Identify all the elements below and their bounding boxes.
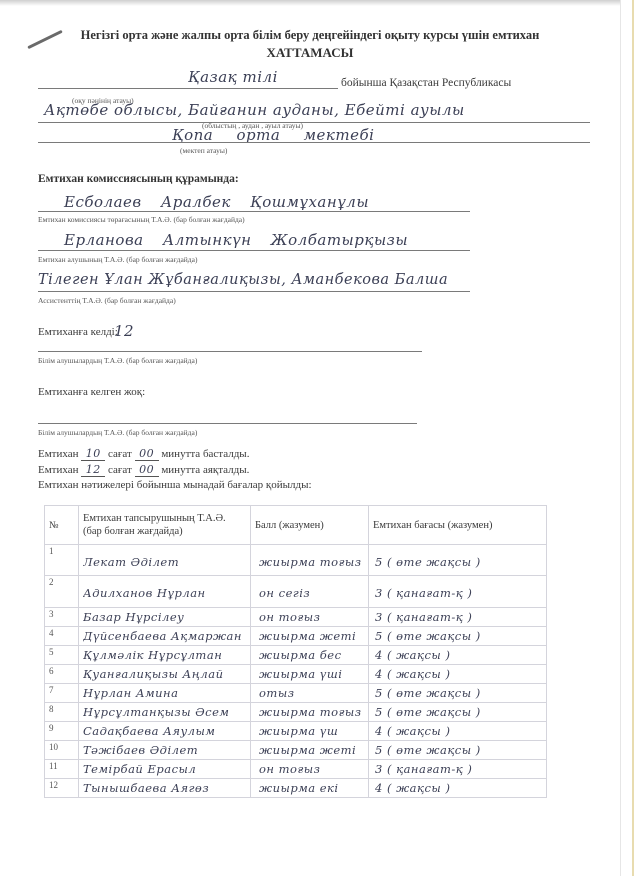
absent-label: Емтиханға келген жоқ: [38, 386, 145, 398]
exam-start-minute: 00 [139, 447, 154, 460]
score-in-words-cell: жиырма бес [251, 646, 369, 665]
exam-start-hour-blank: 10 [81, 447, 105, 461]
row-number: 5 [49, 647, 54, 657]
present-label: Емтиханға келді: [38, 326, 118, 338]
present-caption: Білім алушылардың Т.А.Ә. (бар болған жағ… [38, 356, 197, 365]
row-number-cell: 3 [45, 608, 79, 627]
exam-grade-cell: 3 ( қанағат-қ ) [369, 760, 547, 779]
commission-examiner-rule [38, 250, 470, 251]
student-name-cell: Нұрлан Амина [79, 684, 251, 703]
score-in-words: жиырма жеті [255, 743, 364, 757]
row-number: 6 [49, 666, 54, 676]
score-in-words-cell: жиырма жеті [251, 627, 369, 646]
student-name: Лекат Әділет [83, 555, 246, 569]
table-row: 9Садақбаева Аяулымжиырма үш4 ( жақсы ) [45, 722, 547, 741]
table-row: 5Құлмәлік Нұрсұлтанжиырма бес4 ( жақсы ) [45, 646, 547, 665]
present-rule [38, 351, 422, 352]
commission-examiner-value: Ерланова Алтынкүн Жолбатырқызы [64, 231, 408, 249]
row-number-cell: 4 [45, 627, 79, 646]
score-in-words-cell: жиырма үш [251, 722, 369, 741]
student-name: Темірбай Ерасыл [83, 762, 246, 776]
results-intro: Емтихан нәтижелері бойынша мынадай бағал… [38, 479, 312, 491]
table-row: 10Тәжібаев Әділетжиырма жеті5 ( өте жақс… [45, 741, 547, 760]
row-number: 3 [49, 609, 54, 619]
score-in-words: отыз [255, 686, 364, 700]
score-in-words: жиырма тоғыз [255, 555, 364, 569]
exam-grade: 3 ( қанағат-қ ) [373, 762, 542, 776]
exam-grade-cell: 4 ( жақсы ) [369, 779, 547, 798]
student-name-cell: Нұрсұлтанқызы Әсем [79, 703, 251, 722]
exam-end-line: Емтихан 12 сағат 00 минутта аяқталды. [38, 463, 249, 477]
student-name: Нұрлан Амина [83, 686, 246, 700]
student-name: Тынышбаева Аягөз [83, 781, 246, 795]
score-in-words: жиырма екі [255, 781, 364, 795]
exam-end-hour-blank: 12 [81, 463, 105, 477]
commission-assistants-value: Тілеген Ұлан Жұбанғалиқызы, Аманбекова Б… [38, 272, 448, 288]
student-name: Дүйсенбаева Ақмаржан [83, 629, 246, 643]
score-in-words-cell: жиырма жеті [251, 741, 369, 760]
exam-grade: 3 ( қанағат-қ ) [373, 610, 542, 624]
row-number: 8 [49, 704, 54, 714]
score-in-words: жиырма үш [255, 724, 364, 738]
student-name-cell: Адилханов Нұрлан [79, 576, 251, 608]
student-name-cell: Лекат Әділет [79, 545, 251, 576]
column-header-grade: Емтихан бағасы (жазумен) [369, 506, 547, 545]
exam-grade: 5 ( өте жақсы ) [373, 686, 542, 700]
exam-end-prefix: Емтихан [38, 464, 79, 476]
table-row: 6Қуанғалиқызы Аңлайжиырма үші4 ( жақсы ) [45, 665, 547, 684]
commission-chair-rule [38, 211, 470, 212]
row-number-cell: 7 [45, 684, 79, 703]
subject-suffix: бойынша Қазақстан Республикасы [341, 77, 511, 89]
page-edge [620, 0, 621, 876]
table-row: 7Нұрлан Аминаотыз5 ( өте жақсы ) [45, 684, 547, 703]
subject-value: Қазақ тілі [188, 68, 278, 86]
row-number-cell: 8 [45, 703, 79, 722]
exam-start-line: Емтихан 10 сағат 00 минутта басталды. [38, 447, 249, 461]
score-in-words: он тоғыз [255, 610, 364, 624]
exam-grade: 5 ( өте жақсы ) [373, 555, 542, 569]
document-title: ХАТТАМАСЫ [0, 45, 620, 61]
location-value: Ақтөбе облысы, Байғанин ауданы, Ебейті а… [44, 101, 465, 119]
score-in-words-cell: жиырма тоғыз [251, 703, 369, 722]
exam-grade-cell: 5 ( өте жақсы ) [369, 741, 547, 760]
student-name: Адилханов Нұрлан [83, 586, 246, 600]
row-number: 9 [49, 723, 54, 733]
row-number-cell: 9 [45, 722, 79, 741]
score-in-words-cell: жиырма үші [251, 665, 369, 684]
exam-end-minute-blank: 00 [135, 463, 159, 477]
exam-start-minute-blank: 00 [135, 447, 159, 461]
commission-examiner-caption: Емтихан алушының Т.А.Ә. (бар болған жағд… [38, 255, 197, 264]
commission-chair-caption: Емтихан комиссиясы төрағасының Т.А.Ә. (б… [38, 215, 245, 224]
row-number-cell: 2 [45, 576, 79, 608]
table-row: 11Темірбай Ерасылон тоғыз3 ( қанағат-қ ) [45, 760, 547, 779]
results-header-row: № Емтихан тапсырушының Т.А.Ә. (бар болға… [45, 506, 547, 545]
exam-grade-cell: 5 ( өте жақсы ) [369, 627, 547, 646]
row-number: 11 [49, 761, 58, 771]
table-row: 1Лекат Әділетжиырма тоғыз5 ( өте жақсы ) [45, 545, 547, 576]
row-number: 4 [49, 628, 54, 638]
exam-grade-cell: 3 ( қанағат-қ ) [369, 608, 547, 627]
score-in-words-cell: жиырма тоғыз [251, 545, 369, 576]
student-name: Құлмәлік Нұрсұлтан [83, 648, 246, 662]
score-in-words-cell: отыз [251, 684, 369, 703]
exam-grade-cell: 4 ( жақсы ) [369, 722, 547, 741]
present-count: 12 [114, 322, 134, 340]
exam-start-suffix: минутта басталды. [161, 448, 249, 460]
row-number-cell: 6 [45, 665, 79, 684]
student-name: Тәжібаев Әділет [83, 743, 246, 757]
score-in-words: он сегіз [255, 586, 364, 600]
score-in-words: жиырма үші [255, 667, 364, 681]
student-name: Қуанғалиқызы Аңлай [83, 667, 246, 681]
subject-rule [38, 88, 338, 89]
score-in-words-cell: он сегіз [251, 576, 369, 608]
student-name-cell: Темірбай Ерасыл [79, 760, 251, 779]
exam-end-hour: 12 [86, 463, 101, 476]
exam-end-hour-word: сағат [108, 464, 132, 476]
student-name-cell: Құлмәлік Нұрсұлтан [79, 646, 251, 665]
student-name-cell: Базар Нұрсілеу [79, 608, 251, 627]
score-in-words: жиырма бес [255, 648, 364, 662]
student-name: Садақбаева Аяулым [83, 724, 246, 738]
row-number-cell: 5 [45, 646, 79, 665]
exam-grade: 3 ( қанағат-қ ) [373, 586, 542, 600]
row-number: 1 [49, 546, 54, 556]
exam-grade: 5 ( өте жақсы ) [373, 629, 542, 643]
row-number-cell: 11 [45, 760, 79, 779]
school-rule [38, 142, 590, 143]
location-rule [38, 122, 590, 123]
row-number: 7 [49, 685, 54, 695]
school-caption: (мектеп атауы) [180, 146, 227, 155]
scan-top-shadow [0, 0, 620, 6]
exam-grade-cell: 3 ( қанағат-қ ) [369, 576, 547, 608]
column-header-score: Балл (жазумен) [251, 506, 369, 545]
table-row: 12Тынышбаева Аягөзжиырма екі4 ( жақсы ) [45, 779, 547, 798]
exam-start-prefix: Емтихан [38, 448, 79, 460]
score-in-words-cell: жиырма екі [251, 779, 369, 798]
row-number: 10 [49, 742, 58, 752]
exam-grade-cell: 5 ( өте жақсы ) [369, 684, 547, 703]
exam-start-hour-word: сағат [108, 448, 132, 460]
exam-grade: 4 ( жақсы ) [373, 648, 542, 662]
student-name-cell: Дүйсенбаева Ақмаржан [79, 627, 251, 646]
document-title-line1: Негізгі орта және жалпы орта білім беру … [0, 28, 620, 43]
student-name-cell: Садақбаева Аяулым [79, 722, 251, 741]
table-row: 4Дүйсенбаева Ақмаржанжиырма жеті5 ( өте … [45, 627, 547, 646]
results-table: № Емтихан тапсырушының Т.А.Ә. (бар болға… [44, 505, 547, 798]
exam-grade: 4 ( жақсы ) [373, 667, 542, 681]
commission-assistants-caption: Ассистенттің Т.А.Ә. (бар болған жағдайда… [38, 296, 176, 305]
table-row: 8Нұрсұлтанқызы Әсемжиырма тоғыз5 ( өте ж… [45, 703, 547, 722]
column-header-name: Емтихан тапсырушының Т.А.Ә. (бар болған … [79, 506, 251, 545]
exam-grade: 5 ( өте жақсы ) [373, 743, 542, 757]
score-in-words-cell: он тоғыз [251, 608, 369, 627]
row-number: 12 [49, 780, 58, 790]
student-name: Базар Нұрсілеу [83, 610, 246, 624]
student-name: Нұрсұлтанқызы Әсем [83, 705, 246, 719]
row-number-cell: 10 [45, 741, 79, 760]
commission-assistants-rule [38, 291, 470, 292]
absent-caption: Білім алушылардың Т.А.Ә. (бар болған жағ… [38, 428, 197, 437]
student-name-cell: Қуанғалиқызы Аңлай [79, 665, 251, 684]
exam-grade: 4 ( жақсы ) [373, 781, 542, 795]
exam-end-minute: 00 [139, 463, 154, 476]
column-header-number: № [45, 506, 79, 545]
exam-grade: 5 ( өте жақсы ) [373, 705, 542, 719]
commission-chair-value: Есболаев Аралбек Қошмұханұлы [64, 193, 369, 211]
scan-border [632, 0, 634, 876]
table-row: 2Адилханов Нұрланон сегіз3 ( қанағат-қ ) [45, 576, 547, 608]
score-in-words: он тоғыз [255, 762, 364, 776]
exam-grade-cell: 5 ( өте жақсы ) [369, 545, 547, 576]
exam-grade: 4 ( жақсы ) [373, 724, 542, 738]
exam-start-hour: 10 [86, 447, 101, 460]
commission-heading: Емтихан комиссиясының құрамында: [38, 173, 239, 185]
score-in-words: жиырма тоғыз [255, 705, 364, 719]
student-name-cell: Тәжібаев Әділет [79, 741, 251, 760]
exam-grade-cell: 5 ( өте жақсы ) [369, 703, 547, 722]
score-in-words: жиырма жеті [255, 629, 364, 643]
row-number-cell: 1 [45, 545, 79, 576]
exam-grade-cell: 4 ( жақсы ) [369, 646, 547, 665]
row-number: 2 [49, 577, 54, 587]
table-row: 3Базар Нұрсілеуон тоғыз3 ( қанағат-қ ) [45, 608, 547, 627]
exam-end-suffix: минутта аяқталды. [161, 464, 249, 476]
exam-grade-cell: 4 ( жақсы ) [369, 665, 547, 684]
student-name-cell: Тынышбаева Аягөз [79, 779, 251, 798]
absent-rule [38, 423, 417, 424]
score-in-words-cell: он тоғыз [251, 760, 369, 779]
row-number-cell: 12 [45, 779, 79, 798]
